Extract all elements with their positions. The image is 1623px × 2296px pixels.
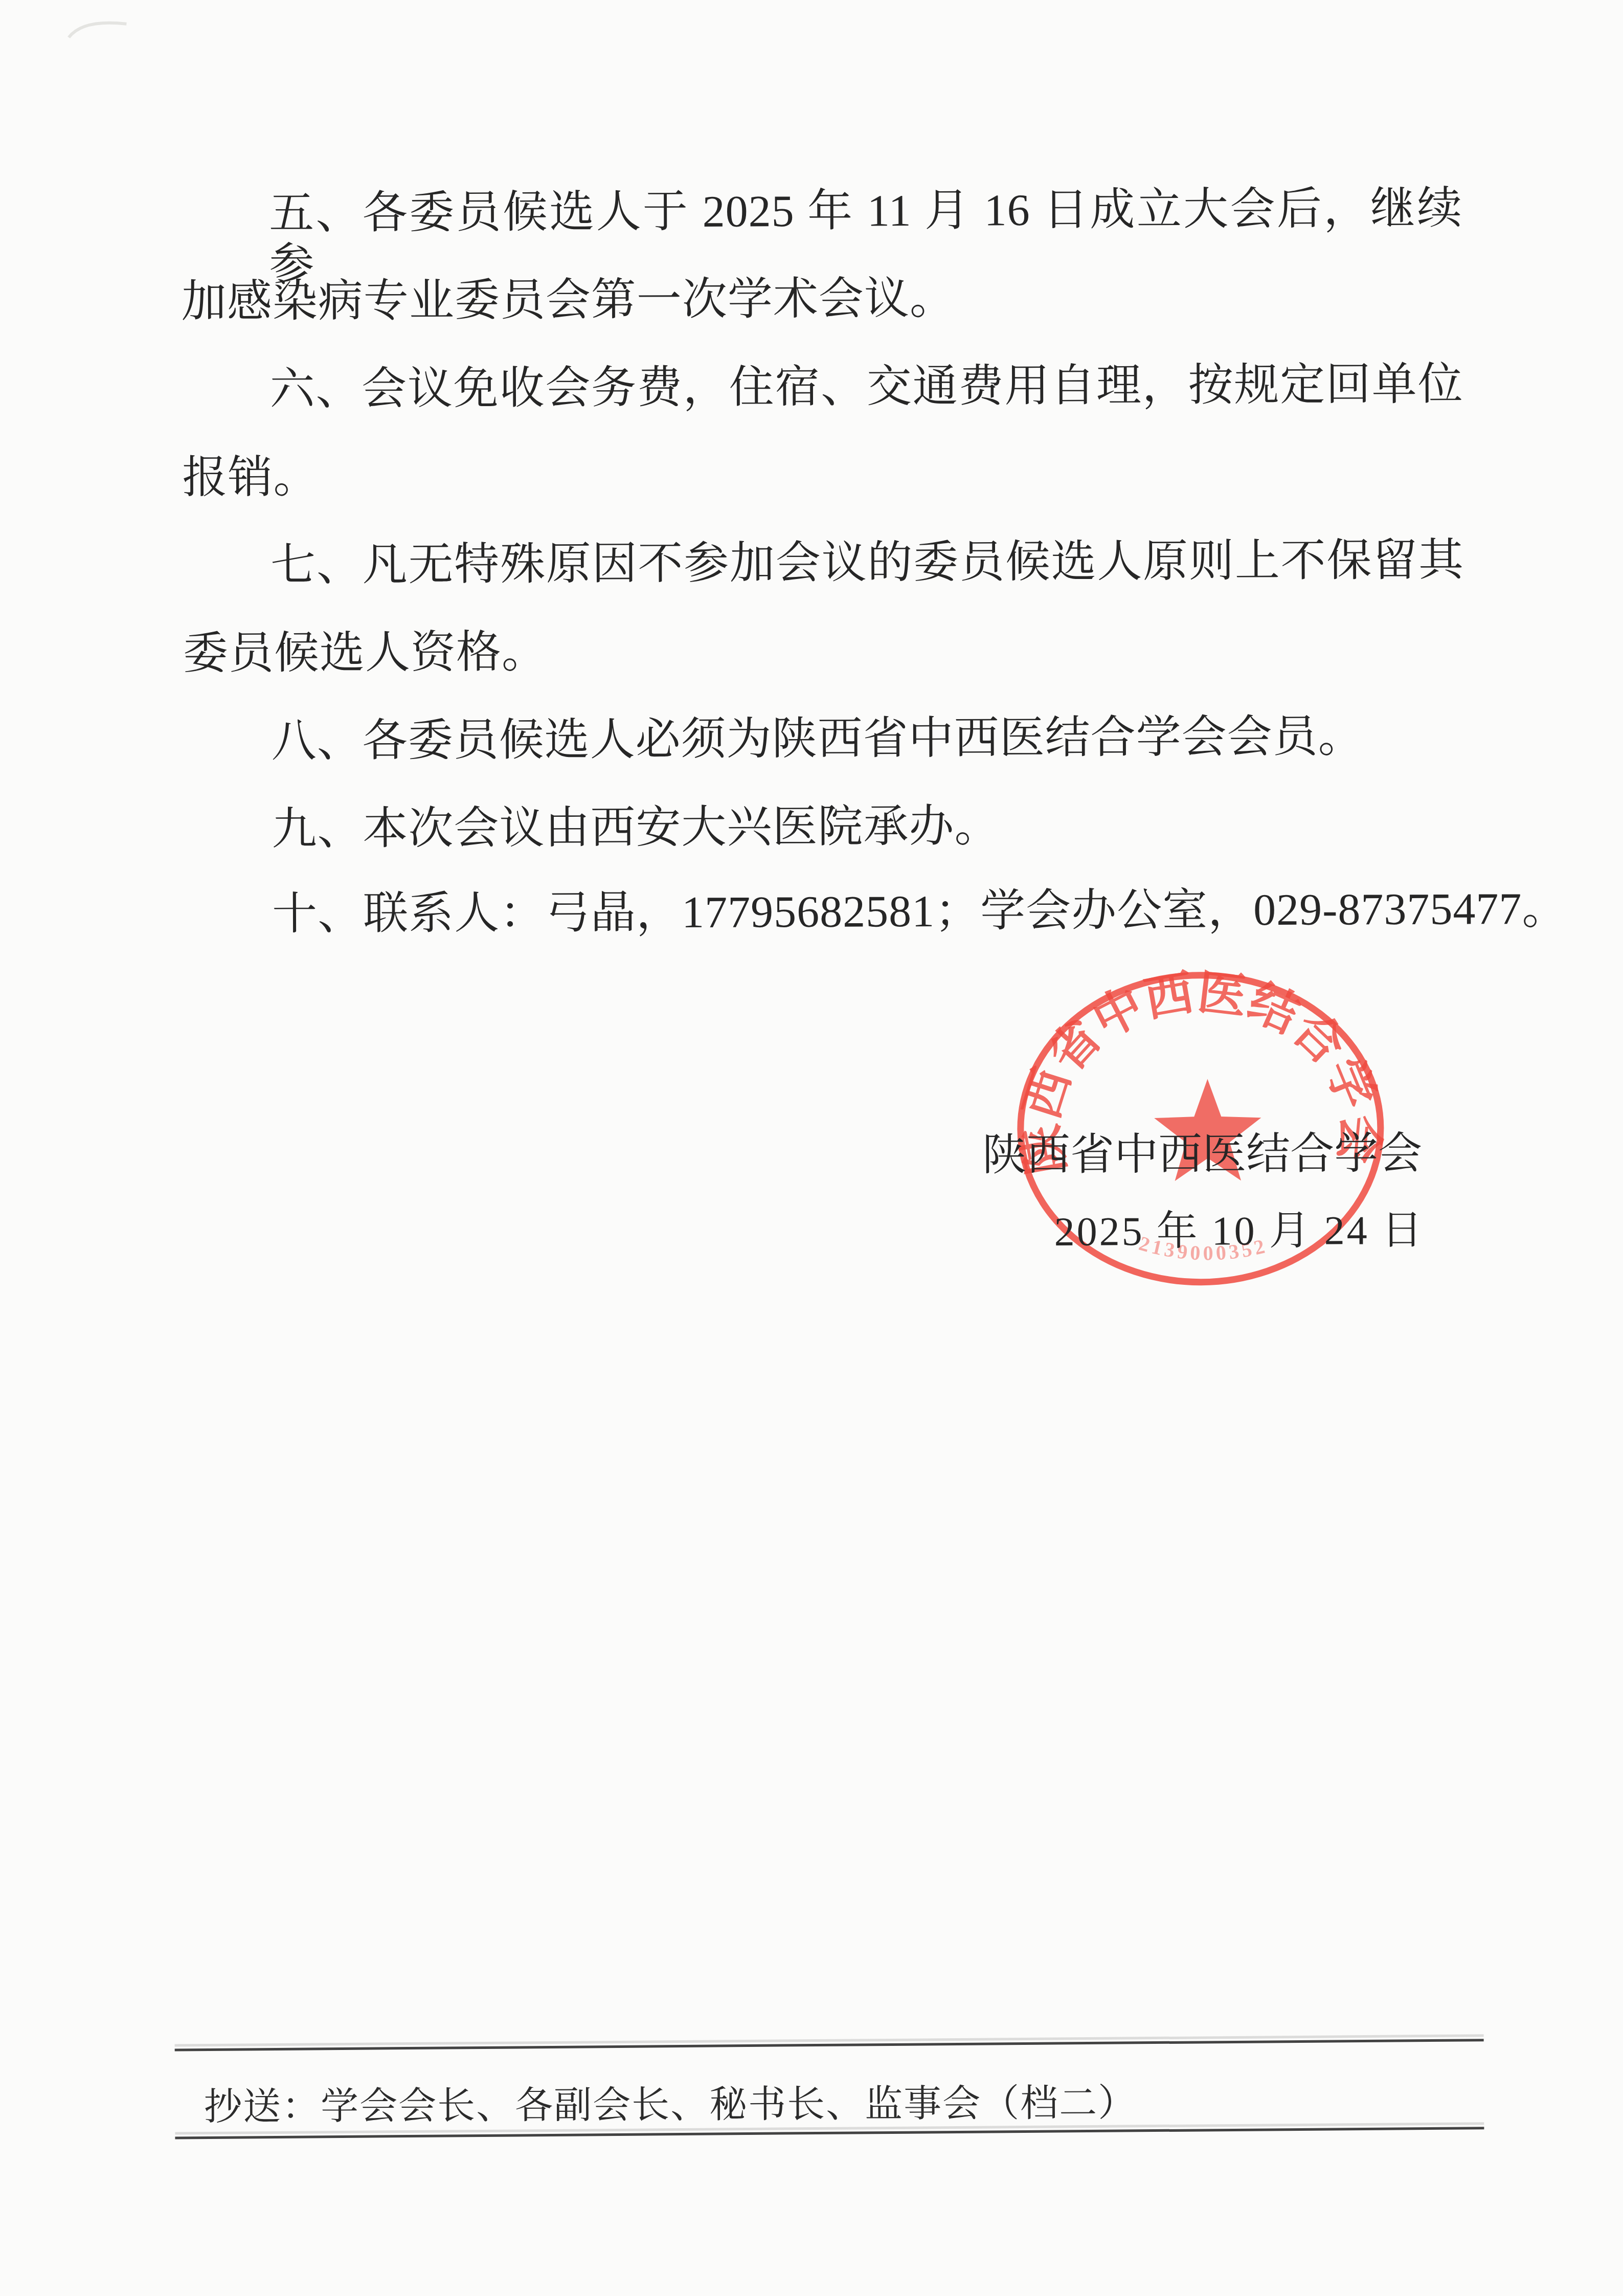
body-line: 六、会议免收会务费，住宿、交通费用自理，按规定回单位: [269, 359, 1463, 415]
body-line: 七、凡无特殊原因不参加会议的委员候选人原则上不保留其: [270, 535, 1464, 591]
footer-copy-line: 抄送：学会会长、各副会长、秘书长、监事会（档二）: [204, 2081, 1137, 2129]
scanned-content: 陕西省中西医结合学会 2139000352 五、各委员候选人于 2025 年 1…: [0, 0, 1623, 2296]
footer-rule-bottom: [175, 2127, 1484, 2139]
body-line: 九、本次会议由西安大兴医院承办。: [272, 799, 1465, 855]
footer-rule-top: [175, 2039, 1484, 2051]
scan-artifact: [66, 16, 132, 44]
body-line: 报销。: [182, 447, 1463, 504]
signature-organization: 陕西省中西医结合学会: [982, 1129, 1422, 1180]
body-line: 加感染病专业委员会第一次学术会议。: [182, 271, 1463, 328]
signature-date: 2025 年 10 月 24 日: [1054, 1208, 1425, 1255]
body-line: 八、各委员候选人必须为陕西省中西医结合学会会员。: [271, 711, 1464, 767]
body-line: 十、联系人：弓晶，17795682581；学会办公室，029-87375477。: [272, 884, 1466, 940]
document-page: 陕西省中西医结合学会 2139000352 五、各委员候选人于 2025 年 1…: [0, 0, 1623, 2296]
body-line: 委员候选人资格。: [183, 623, 1464, 680]
